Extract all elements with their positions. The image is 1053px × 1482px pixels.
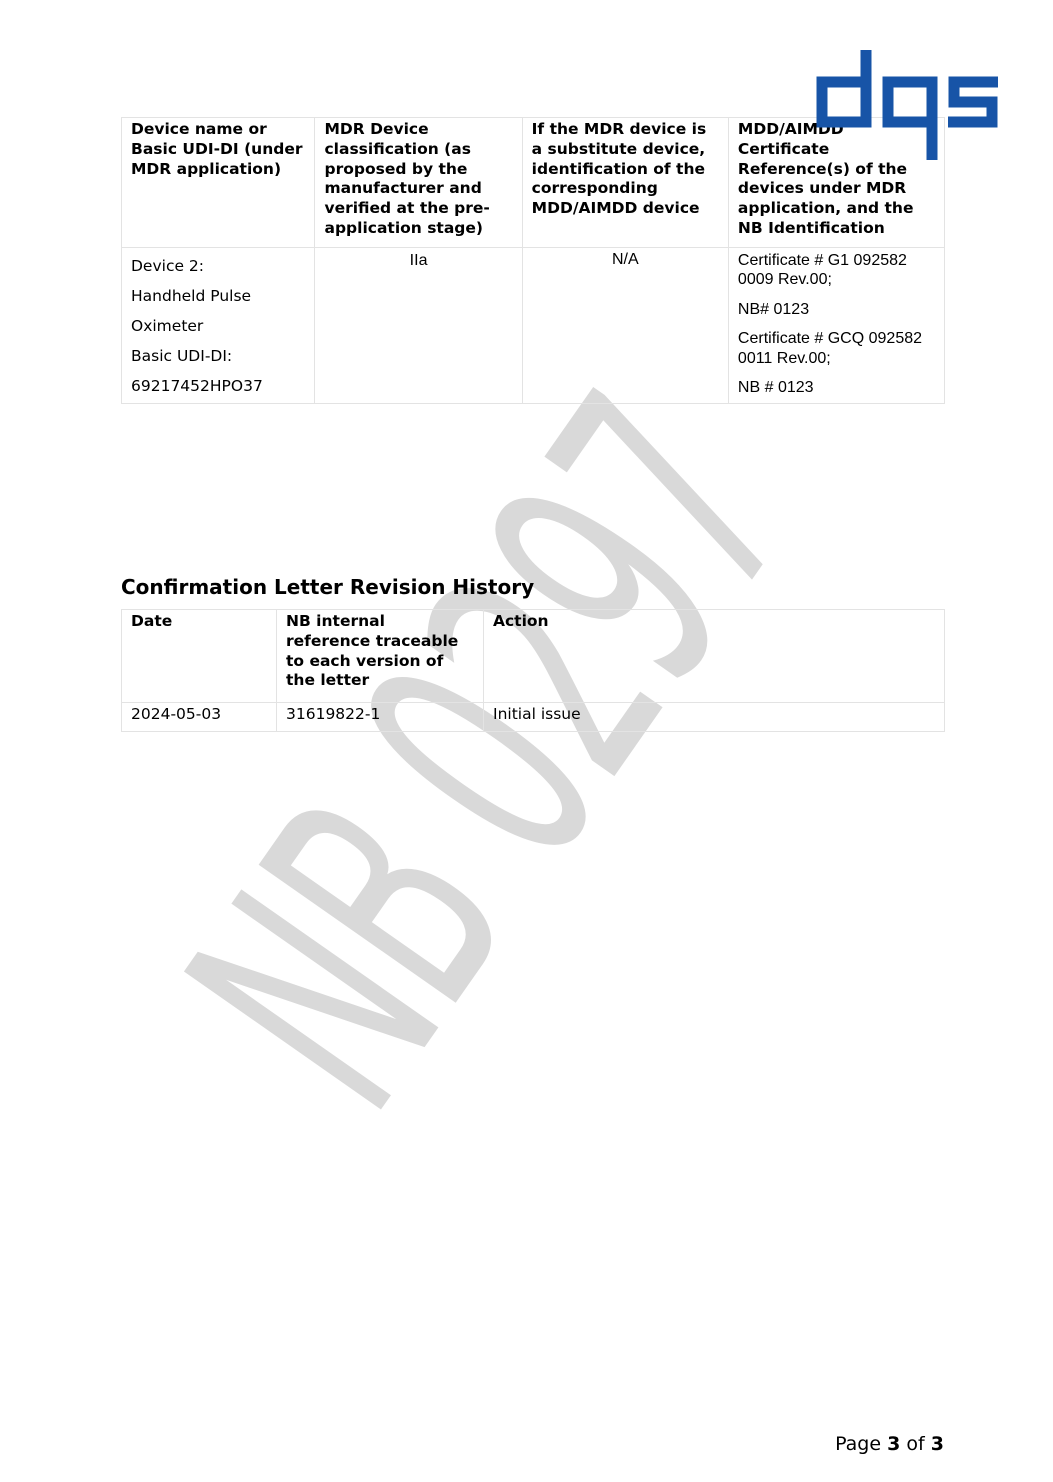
- header-classification: MDR Device classification (as proposed b…: [315, 118, 522, 248]
- udi-label: Basic UDI-DI:: [131, 341, 305, 371]
- nb-identification: NB# 0123: [738, 300, 935, 320]
- header-date: Date: [122, 610, 277, 703]
- revision-action: Initial issue: [484, 703, 945, 732]
- device-name-line: Oximeter: [131, 311, 305, 341]
- page-prefix: Page: [835, 1433, 881, 1455]
- page-number: Page 3 of 3: [835, 1433, 944, 1455]
- certificate-reference: Certificate # GCQ 092582 0011 Rev.00;: [738, 329, 935, 368]
- revision-history-table: Date NB internal reference traceable to …: [121, 609, 945, 732]
- certificate-reference: Certificate # G1 092582 0009 Rev.00;: [738, 251, 935, 290]
- revision-history-title: Confirmation Letter Revision History: [121, 575, 534, 599]
- header-substitute-device: If the MDR device is a substitute device…: [522, 118, 728, 248]
- revision-date: 2024-05-03: [122, 703, 277, 732]
- nb-identification: NB # 0123: [738, 378, 935, 398]
- header-action: Action: [484, 610, 945, 703]
- total-pages: 3: [931, 1433, 944, 1455]
- device-label: Device 2:: [131, 251, 305, 281]
- device-name-line: Handheld Pulse: [131, 281, 305, 311]
- revision-reference: 31619822-1: [277, 703, 484, 732]
- dqs-logo-icon: [812, 50, 1002, 166]
- dqs-logo: [812, 50, 1002, 166]
- header-device-name: Device name or Basic UDI-DI (under MDR a…: [122, 118, 315, 248]
- header-reference: NB internal reference traceable to each …: [277, 610, 484, 703]
- table-row: 2024-05-03 31619822-1 Initial issue: [122, 703, 945, 732]
- revision-header-row: Date NB internal reference traceable to …: [122, 610, 945, 703]
- substitute-cell: N/A: [522, 247, 728, 403]
- classification-cell: IIa: [315, 247, 522, 403]
- device-name-cell: Device 2: Handheld Pulse Oximeter Basic …: [122, 247, 315, 403]
- table-row: Device 2: Handheld Pulse Oximeter Basic …: [122, 247, 945, 403]
- udi-value: 69217452HPO37: [131, 371, 305, 401]
- certificate-cell: Certificate # G1 092582 0009 Rev.00; NB#…: [728, 247, 944, 403]
- page-of: of: [906, 1433, 924, 1455]
- current-page: 3: [887, 1433, 900, 1455]
